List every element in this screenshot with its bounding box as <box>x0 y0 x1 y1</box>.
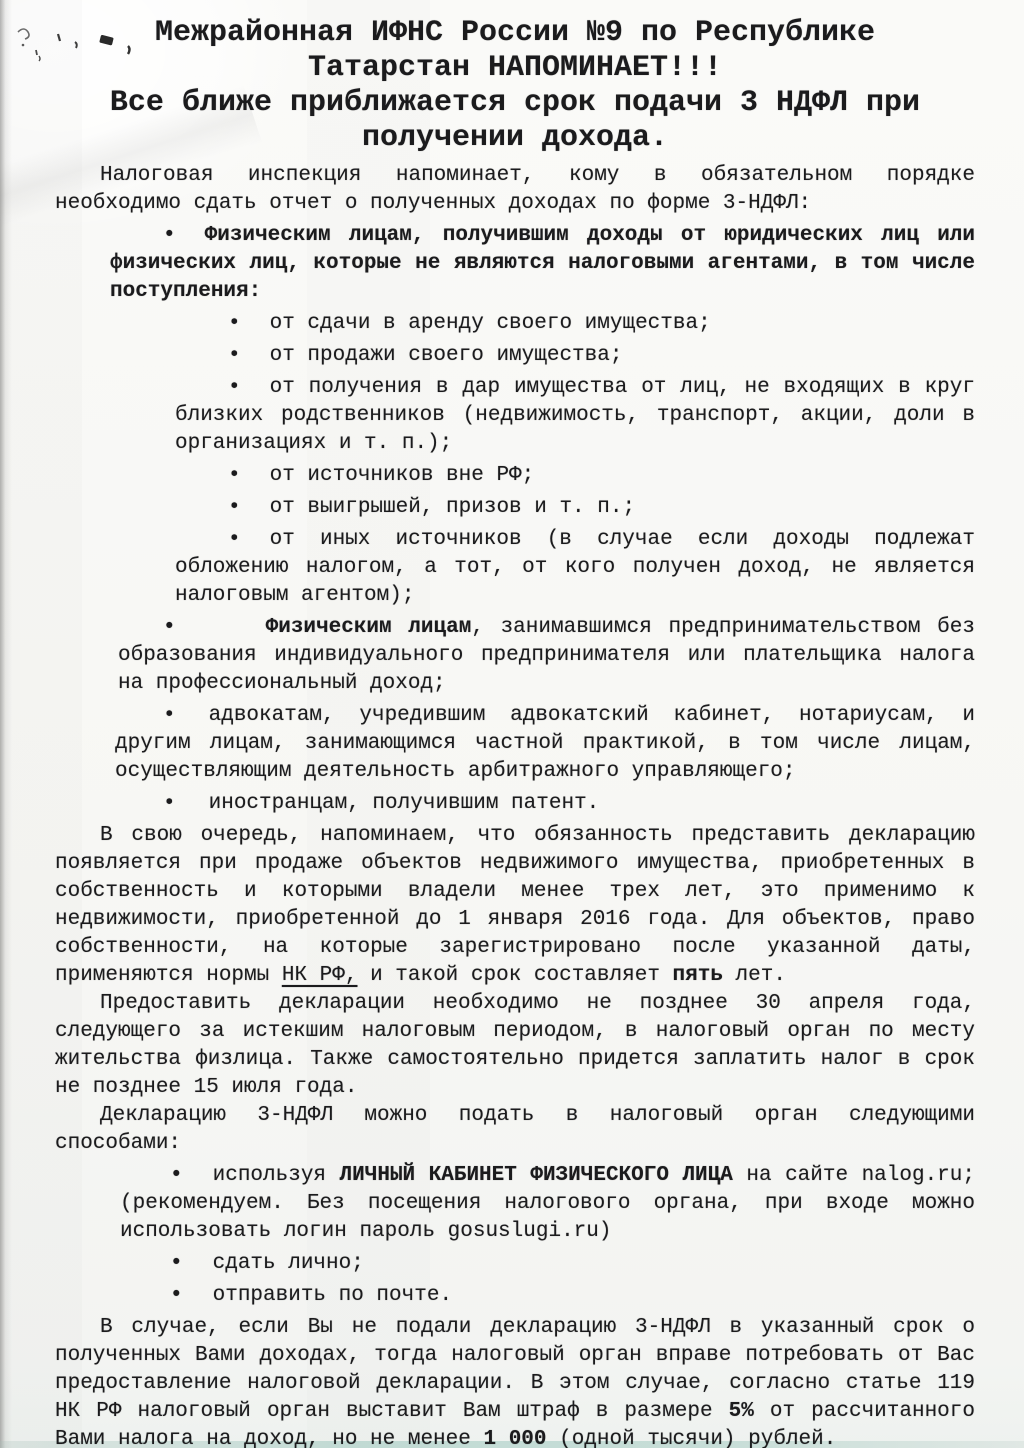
property-text-3: лет. <box>723 964 786 987</box>
sub-bullet-text: от получения в дар имущества от лиц, не … <box>175 376 975 455</box>
bullet-icon: • <box>163 224 205 247</box>
bullet-icon: • <box>163 704 209 727</box>
bullet-icon: • <box>228 464 270 487</box>
method-text: отправить по почте. <box>213 1284 452 1307</box>
bullet-icon: • <box>170 1164 213 1187</box>
penalty-paragraph: В случае, если Вы не подали декларацию 3… <box>55 1314 975 1448</box>
penalty-text-3: (одной тысячи) рублей. <box>547 1428 837 1448</box>
sub-bullet-rent: •от сдачи в аренду своего имущества; <box>175 310 975 338</box>
method-item-in-person: •сдать лично; <box>120 1250 975 1278</box>
intro-paragraph: Налоговая инспекция напоминает, кому в о… <box>55 162 975 218</box>
bullet-item-lawyers: •адвокатам, учредившим адвокатский кабин… <box>115 702 975 786</box>
bullet-icon: • <box>228 496 270 519</box>
scan-edge-shadow <box>0 0 12 1448</box>
property-paragraph: В свою очередь, напоминаем, что обязанно… <box>55 822 975 990</box>
sub-bullet-text: от выигрышей, призов и т. п.; <box>270 496 635 519</box>
bullet-item-entrepreneurs: •Физическим лицам, занимавшимся предприн… <box>118 614 975 698</box>
bullet-item-text: иностранцам, получившим патент. <box>209 792 600 815</box>
scanned-document-page: Межрайонная ИФНС России №9 по Республике… <box>0 0 1024 1448</box>
bullet-item-foreigners: •иностранцам, получившим патент. <box>115 790 975 818</box>
personal-cabinet-bold: ЛИЧНЫЙ КАБИНЕТ ФИЗИЧЕСКОГО ЛИЦА <box>340 1164 733 1187</box>
deadline-paragraph: Предоставить декларации необходимо не по… <box>55 990 975 1102</box>
method-text-pre: используя <box>213 1164 340 1187</box>
document-content: Межрайонная ИФНС России №9 по Республике… <box>55 16 975 1448</box>
method-text: сдать лично; <box>213 1252 364 1275</box>
sub-bullet-foreign-sources: •от источников вне РФ; <box>175 462 975 490</box>
sub-bullet-gift: •от получения в дар имущества от лиц, не… <box>175 374 975 458</box>
bullet-icon: • <box>163 616 266 639</box>
sub-bullet-other-sources: •от иных источников (в случае если доход… <box>175 526 975 610</box>
bullet-item-individuals-income: •Физическим лицам, получившим доходы от … <box>110 222 975 306</box>
doc-title-line-2: Татарстан НАПОМИНАЕТ!!! <box>55 51 975 86</box>
sub-bullet-text: от источников вне РФ; <box>270 464 535 487</box>
bullet-icon: • <box>228 376 270 399</box>
bullet-icon: • <box>163 792 209 815</box>
doc-subtitle-line-1: Все ближе приближается срок подачи 3 НДФ… <box>55 86 975 121</box>
bullet-item-bold-lead: Физическим лицам <box>266 616 472 639</box>
methods-intro-paragraph: Декларацию 3-НДФЛ можно подать в налогов… <box>55 1102 975 1158</box>
sub-bullet-text: от продажи своего имущества; <box>270 344 623 367</box>
bullet-icon: • <box>170 1284 213 1307</box>
bullet-icon: • <box>228 344 270 367</box>
five-years-bold: пять <box>673 964 723 987</box>
bullet-icon: • <box>228 312 270 335</box>
bullet-item-text: адвокатам, учредившим адвокатский кабине… <box>115 704 975 783</box>
bullet-item-text: Физическим лицам, получившим доходы от ю… <box>110 224 975 303</box>
bullet-icon: • <box>228 528 270 551</box>
method-item-online-cabinet: •используя ЛИЧНЫЙ КАБИНЕТ ФИЗИЧЕСКОГО ЛИ… <box>120 1162 975 1246</box>
tax-code-underlined: НК РФ, <box>282 964 358 987</box>
sub-bullet-sale: •от продажи своего имущества; <box>175 342 975 370</box>
bullet-icon: • <box>170 1252 213 1275</box>
doc-title-line-1: Межрайонная ИФНС России №9 по Республике <box>55 16 975 51</box>
penalty-amount-bold: 1 000 <box>483 1428 546 1448</box>
property-text-2: и такой срок составляет <box>357 964 672 987</box>
method-item-by-mail: •отправить по почте. <box>120 1282 975 1310</box>
penalty-percent-bold: 5% <box>729 1400 754 1423</box>
property-text-1: В свою очередь, напоминаем, что обязанно… <box>55 824 975 987</box>
doc-subtitle-line-2: получении дохода. <box>55 121 975 156</box>
sub-bullet-text: от сдачи в аренду своего имущества; <box>270 312 711 335</box>
sub-bullet-winnings: •от выигрышей, призов и т. п.; <box>175 494 975 522</box>
document-header: Межрайонная ИФНС России №9 по Республике… <box>55 16 975 156</box>
sub-bullet-text: от иных источников (в случае если доходы… <box>175 528 975 607</box>
